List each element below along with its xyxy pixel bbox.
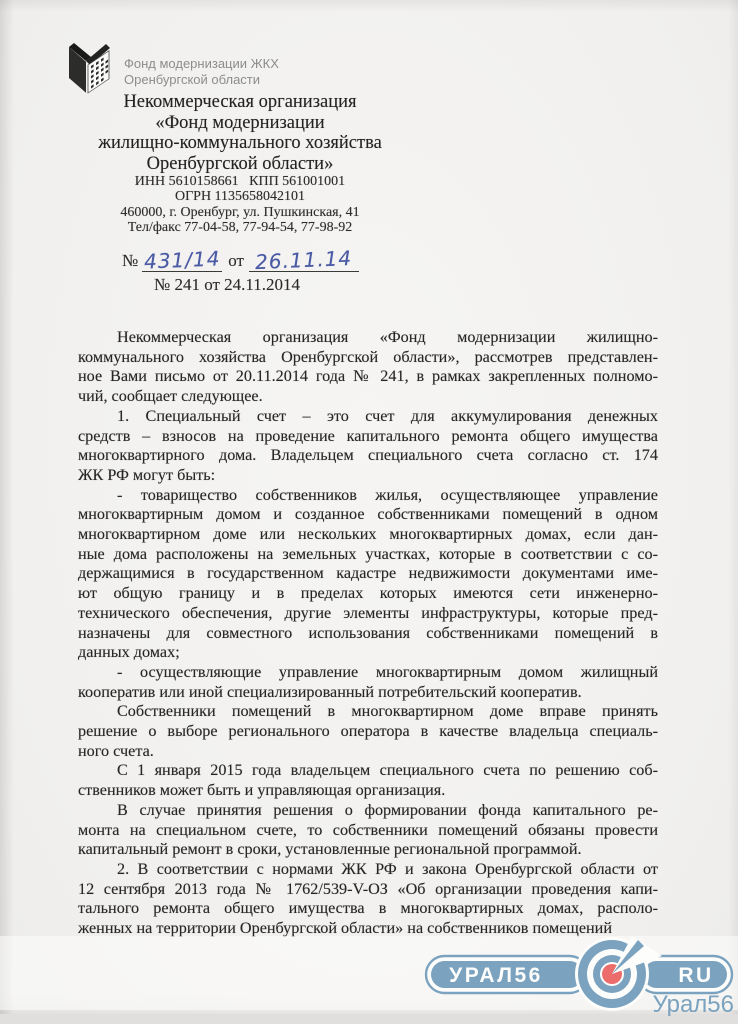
watermark-badge-left-text: УРАЛ56 (449, 964, 543, 987)
body-paragraph: - осуществляющие управление многоквартир… (78, 663, 658, 702)
body-line: ного счета. (78, 742, 658, 762)
scanned-letter-page: Фонд модернизации ЖКХ Оренбургской облас… (0, 0, 738, 1024)
logo-caption: Фонд модернизации ЖКХ Оренбургской облас… (124, 56, 279, 88)
body-line: тального ремонта общего имущества в мног… (78, 899, 658, 919)
body-paragraph: Некоммерческая организация «Фонд модерни… (78, 328, 658, 407)
body-line: данных домах; (78, 643, 658, 663)
number-label: № (122, 251, 142, 272)
body-line: назначены для совместного использования … (78, 624, 658, 644)
body-line: ное Вами письмо от 20.11.2014 года № 241… (78, 367, 658, 387)
body-line: ные дома расположены на земельных участк… (78, 545, 658, 565)
org-name-line: Некоммерческая организация (40, 92, 440, 113)
logo-caption-line2: Оренбургской области (124, 72, 279, 88)
body-text: Некоммерческая организация «Фонд модерни… (78, 328, 658, 939)
org-name-line: Оренбургской области» (40, 154, 440, 175)
ural56-logo-icon: УРАЛ56 RU Урал56 (424, 936, 736, 1016)
body-line: С 1 января 2015 года владельцем специаль… (78, 761, 658, 781)
org-phone: Тел/факс 77-04-58, 77-94-54, 77-98-92 (40, 220, 440, 235)
body-line: 2. В соответствии с нормами ЖК РФ и зако… (78, 860, 658, 880)
body-line: Некоммерческая организация «Фонд модерни… (78, 328, 658, 348)
body-line: многоквартирного дома. Владельцем специа… (78, 446, 658, 466)
body-paragraph: Собственники помещений в многоквартирном… (78, 702, 658, 761)
body-line: держащимися в государственном кадастре н… (78, 564, 658, 584)
body-line: - осуществляющие управление многоквартир… (78, 663, 658, 683)
watermark-badge-right-text: RU (678, 964, 713, 987)
org-address: 460000, г. Оренбург, ул. Пушкинская, 41 (40, 205, 440, 220)
watermark-caption: Урал56 (652, 991, 734, 1016)
body-paragraph: 1. Специальный счет – это счет для аккум… (78, 407, 658, 486)
body-line: - товарищество собственников жилья, осущ… (78, 486, 658, 506)
body-line: Собственники помещений в многоквартирном… (78, 702, 658, 722)
date-label: от (222, 251, 249, 272)
body-line: ственников может быть и управляющая орга… (78, 781, 658, 801)
body-line: 1. Специальный счет – это счет для аккум… (78, 407, 658, 427)
body-line: многоквартирным домом и созданное собств… (78, 505, 658, 525)
org-header: Некоммерческая организация «Фонд модерни… (40, 92, 440, 235)
org-name-line: «Фонд модернизации (40, 113, 440, 134)
outgoing-date-field: 26.11.14 (249, 249, 359, 272)
body-line: средств – взносов на проведение капиталь… (78, 427, 658, 447)
body-paragraph: 2. В соответствии с нормами ЖК РФ и зако… (78, 860, 658, 939)
body-line: многоквартирном доме или нескольких мног… (78, 525, 658, 545)
letterhead: Фонд модернизации ЖКХ Оренбургской облас… (60, 40, 279, 98)
body-line: монта на специальном счете, то собственн… (78, 821, 658, 841)
body-line: технического обеспечения, другие элемент… (78, 604, 658, 624)
org-inn-kpp: ИНН 5610158661 КПП 561001001 (40, 174, 440, 189)
body-line: 12 сентября 2013 года № 1762/539-V-ОЗ «О… (78, 880, 658, 900)
body-paragraph: - товарищество собственников жилья, осущ… (78, 486, 658, 663)
body-line: ЖК РФ могут быть: (78, 466, 658, 486)
body-line: решение о выборе регионального оператора… (78, 722, 658, 742)
body-line: капитальный ремонт в сроки, установленны… (78, 840, 658, 860)
outgoing-reference-line: № 431/14 от 26.11.14 (122, 246, 359, 272)
outgoing-number-field: 431/14 (142, 249, 222, 272)
org-ogrn: ОГРН 1135658042101 (40, 189, 440, 204)
org-name-line: жилищно-коммунального хозяйства (40, 133, 440, 154)
handwritten-number: 431/14 (144, 248, 221, 271)
body-line: В случае принятия решения о формировании… (78, 801, 658, 821)
incoming-reference: № 241 от 24.11.2014 (154, 275, 359, 295)
body-line: коммунального хозяйства Оренбургской обл… (78, 348, 658, 368)
body-paragraph: В случае принятия решения о формировании… (78, 801, 658, 860)
handwritten-date: 26.11.14 (255, 248, 353, 272)
reference-block: № 431/14 от 26.11.14 № 241 от 24.11.2014 (122, 246, 359, 295)
body-paragraph: С 1 января 2015 года владельцем специаль… (78, 761, 658, 800)
body-line: чий, сообщает следующее. (78, 387, 658, 407)
body-line: кооператив или иной специализированный п… (78, 683, 658, 703)
logo-caption-line1: Фонд модернизации ЖКХ (124, 56, 279, 72)
body-line: ют общую границу и в пределах которых им… (78, 584, 658, 604)
ural56-watermark: УРАЛ56 RU Урал56 (424, 936, 736, 1016)
fund-logo-icon (60, 40, 112, 98)
